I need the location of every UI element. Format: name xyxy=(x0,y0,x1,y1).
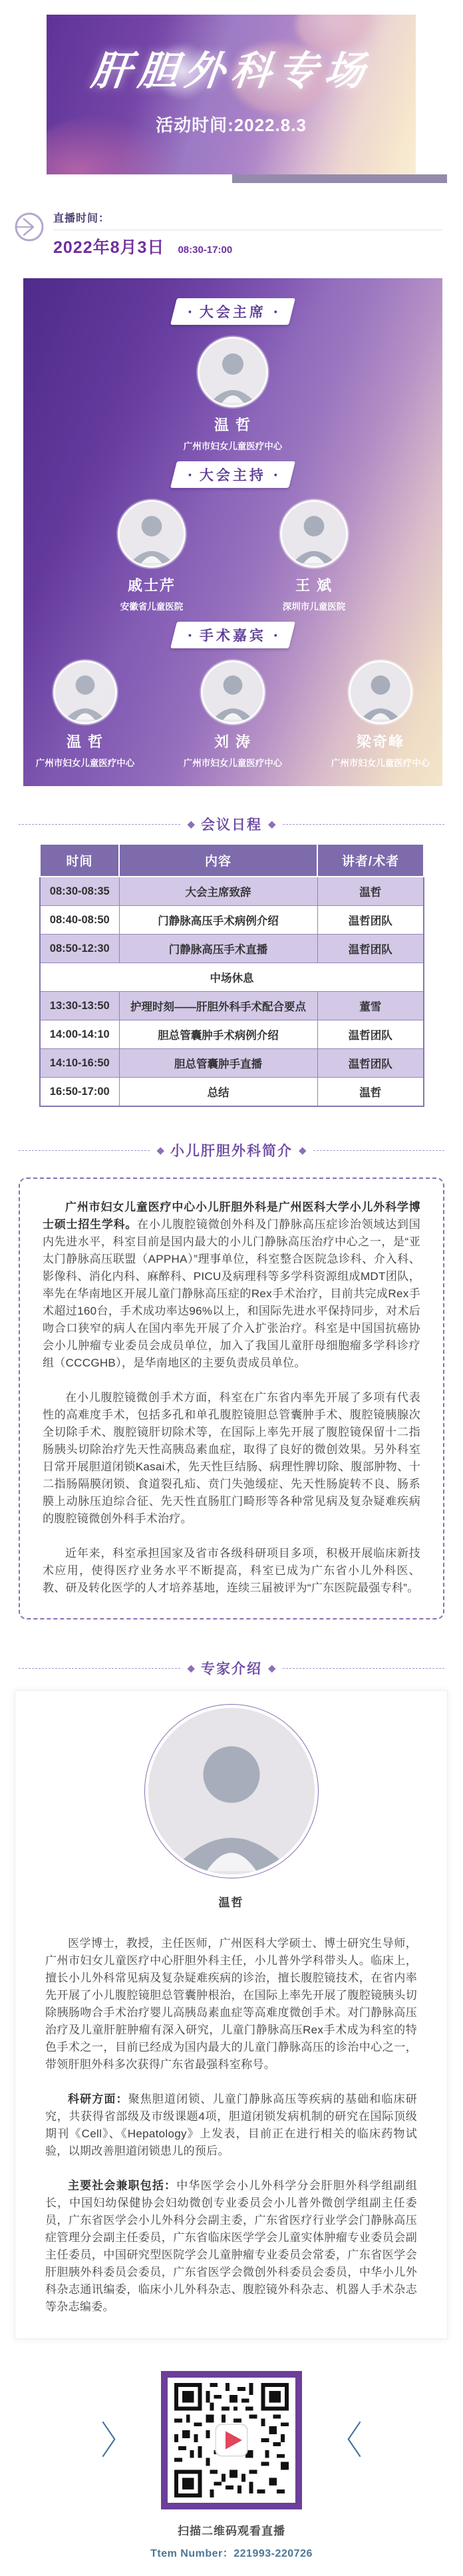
table-row: 08:30-08:35 大会主席致辞 温哲 xyxy=(40,877,424,906)
schedule-table: 时间 内容 讲者/术者 08:30-08:35 大会主席致辞 温哲 08:40-… xyxy=(39,843,424,1107)
play-icon xyxy=(216,2424,247,2456)
diamond-icon: ◆ xyxy=(156,1144,164,1156)
cell-speaker: 温哲 xyxy=(317,877,424,906)
cell-content: 总结 xyxy=(119,1078,317,1107)
cell-content: 门静脉高压手术直播 xyxy=(119,935,317,963)
badge-dot: • xyxy=(188,630,192,640)
expert-profile-card: 温哲 医学博士，教授，主任医师，广州医科大学硕士、博士研究生导师，广州市妇女儿童… xyxy=(15,1690,448,2339)
cell-speaker: 温哲团队 xyxy=(317,1049,424,1078)
intro-paragraph-text: 在小儿腹腔镜微创外科及门静脉高压症诊治领域达到国内先进水平，科室目前是国内最大的… xyxy=(43,1218,420,1369)
event-banner: 肝胆外科专场 活动时间:2022.8.3 xyxy=(47,15,416,174)
item-number: Ttem Number：221993-220726 xyxy=(0,2545,463,2576)
event-date-subtitle: 活动时间:2022.8.3 xyxy=(47,112,416,136)
badge-dot: • xyxy=(274,306,277,317)
live-date-row: 2022年8月3日 08:30-17:00 xyxy=(53,234,442,258)
cell-content: 门静脉高压手术病例介绍 xyxy=(119,906,317,935)
intro-paragraph: 在小儿腹腔镜微创手术方面，科室在广东省内率先开展了多项有代表性的高难度手术，包括… xyxy=(43,1389,420,1528)
cell-time: 13:30-13:50 xyxy=(40,992,119,1020)
cell-time: 08:50-12:30 xyxy=(40,935,119,963)
table-row: 16:50-17:00 总结 温哲 xyxy=(40,1078,424,1107)
cell-time: 14:10-16:50 xyxy=(40,1049,119,1078)
expert-photo xyxy=(148,1708,315,1874)
event-title: 肝胆外科专场 xyxy=(47,49,416,93)
section-header-intro: ◆ 小儿肝胆外科简介 ◆ xyxy=(19,1140,444,1160)
next-arrow-icon[interactable]: 〈 xyxy=(331,2421,362,2460)
expert-paragraph: 医学博士，教授，主任医师，广州医科大学硕士、博士研究生导师，广州市妇女儿童医疗中… xyxy=(45,1935,417,2073)
section-header-schedule: ◆ 会议日程 ◆ xyxy=(19,814,444,834)
badge-dot: • xyxy=(274,469,277,480)
cell-content: 护理时刻——肝胆外科手术配合要点 xyxy=(119,992,317,1020)
diamond-icon: ◆ xyxy=(187,818,195,830)
expert-paragraph-text: 中华医学会小儿外科学分会肝胆外科学组副组长，中国妇幼保健协会妇幼微创专业委员会小… xyxy=(45,2179,417,2313)
poster-streak-decor xyxy=(23,278,442,786)
diamond-icon: ◆ xyxy=(268,1662,276,1674)
banner-accent-bar xyxy=(232,174,447,183)
col-header-speaker: 讲者/术者 xyxy=(317,844,424,877)
dashed-line xyxy=(313,1150,444,1151)
live-time-label: 直播时间： xyxy=(53,210,442,225)
badge-label: 手术嘉宾 xyxy=(200,625,266,645)
expert-paragraph-lead: 主要社会兼职包括： xyxy=(68,2179,176,2192)
live-time-block: 直播时间： 2022年8月3日 08:30-17:00 xyxy=(15,210,442,258)
cell-speaker: 董雪 xyxy=(317,992,424,1020)
badge-dot: • xyxy=(274,630,277,640)
divider xyxy=(53,230,442,230)
cell-content: 大会主席致辞 xyxy=(119,877,317,906)
qr-carousel: 〉 xyxy=(0,2371,463,2509)
cell-speaker: 温哲 xyxy=(317,1078,424,1107)
expert-paragraph: 科研方面：聚焦胆道闭锁、儿童门静脉高压等疾病的基础和临床研究，共获得省部级及市级… xyxy=(45,2091,417,2160)
cell-content: 胆总管囊肿手术病例介绍 xyxy=(119,1020,317,1049)
prev-arrow-icon[interactable]: 〉 xyxy=(101,2421,132,2460)
qr-code xyxy=(161,2371,302,2509)
badge-label: 大会主持 xyxy=(200,465,266,485)
cell-speaker: 温哲团队 xyxy=(317,1020,424,1049)
dashed-line xyxy=(19,824,180,825)
section-title: 专家介绍 xyxy=(201,1658,262,1678)
expert-paragraph: 主要社会兼职包括：中华医学会小儿外科学分会肝胆外科学组副组长，中国妇幼保健协会妇… xyxy=(45,2177,417,2316)
intro-paragraph: 广州市妇女儿童医疗中心小儿肝胆外科是广州医科大学小儿外科学博士硕士招生学科。在小… xyxy=(43,1199,420,1372)
table-row-break: 中场休息 xyxy=(40,963,424,992)
table-row: 08:50-12:30 门静脉高压手术直播 温哲团队 xyxy=(40,935,424,963)
cell-time: 16:50-17:00 xyxy=(40,1078,119,1107)
live-time-body: 直播时间： 2022年8月3日 08:30-17:00 xyxy=(53,210,442,258)
badge-surgery-guests: • 手术嘉宾 • xyxy=(170,622,295,648)
badge-dot: • xyxy=(188,469,192,480)
cell-break: 中场休息 xyxy=(40,963,424,992)
badge-conference-host: • 大会主持 • xyxy=(170,461,295,488)
table-row: 14:10-16:50 胆总管囊肿手直播 温哲团队 xyxy=(40,1049,424,1078)
section-title: 小儿肝胆外科简介 xyxy=(170,1140,293,1160)
cell-time: 08:30-08:35 xyxy=(40,877,119,906)
expert-photo-ring xyxy=(144,1704,319,1878)
badge-conference-chairman: • 大会主席 • xyxy=(170,298,295,325)
cell-time: 08:40-08:50 xyxy=(40,906,119,935)
table-header-row: 时间 内容 讲者/术者 xyxy=(40,844,424,877)
section-header-expert: ◆ 专家介绍 ◆ xyxy=(19,1658,444,1678)
guest-poster: • 大会主席 • 温 哲 广州市妇女儿童医疗中心 • 大会主持 • 戚士芹 安徽… xyxy=(23,278,442,786)
department-intro-box: 广州市妇女儿童医疗中心小儿肝胆外科是广州医科大学小儿外科学博士硕士招生学科。在小… xyxy=(19,1178,444,1619)
cell-content: 胆总管囊肿手直播 xyxy=(119,1049,317,1078)
table-row: 14:00-14:10 胆总管囊肿手术病例介绍 温哲团队 xyxy=(40,1020,424,1049)
badge-dot: • xyxy=(188,306,192,317)
diamond-icon: ◆ xyxy=(299,1144,307,1156)
dashed-line xyxy=(283,824,444,825)
dashed-line xyxy=(19,1668,180,1669)
expert-name: 温哲 xyxy=(45,1893,417,1910)
dashed-line xyxy=(283,1668,444,1669)
live-time-range: 08:30-17:00 xyxy=(178,244,232,256)
arrow-circle-icon xyxy=(15,212,44,242)
dashed-line xyxy=(19,1150,150,1151)
cell-time: 14:00-14:10 xyxy=(40,1020,119,1049)
section-title: 会议日程 xyxy=(201,814,262,834)
live-date: 2022年8月3日 xyxy=(53,234,164,258)
cell-speaker: 温哲团队 xyxy=(317,906,424,935)
diamond-icon: ◆ xyxy=(268,818,276,830)
expert-paragraph-lead: 科研方面： xyxy=(68,2093,128,2105)
cell-speaker: 温哲团队 xyxy=(317,935,424,963)
table-row: 13:30-13:50 护理时刻——肝胆外科手术配合要点 董雪 xyxy=(40,992,424,1020)
intro-paragraph: 近年来，科室承担国家及省市各级科研项目多项，积极开展临床新技术应用，使得医疗业务… xyxy=(43,1545,420,1597)
col-header-time: 时间 xyxy=(40,844,119,877)
badge-label: 大会主席 xyxy=(200,302,266,322)
qr-caption: 扫描二维码观看直播 xyxy=(0,2521,463,2538)
diamond-icon: ◆ xyxy=(187,1662,195,1674)
col-header-content: 内容 xyxy=(119,844,317,877)
table-row: 08:40-08:50 门静脉高压手术病例介绍 温哲团队 xyxy=(40,906,424,935)
